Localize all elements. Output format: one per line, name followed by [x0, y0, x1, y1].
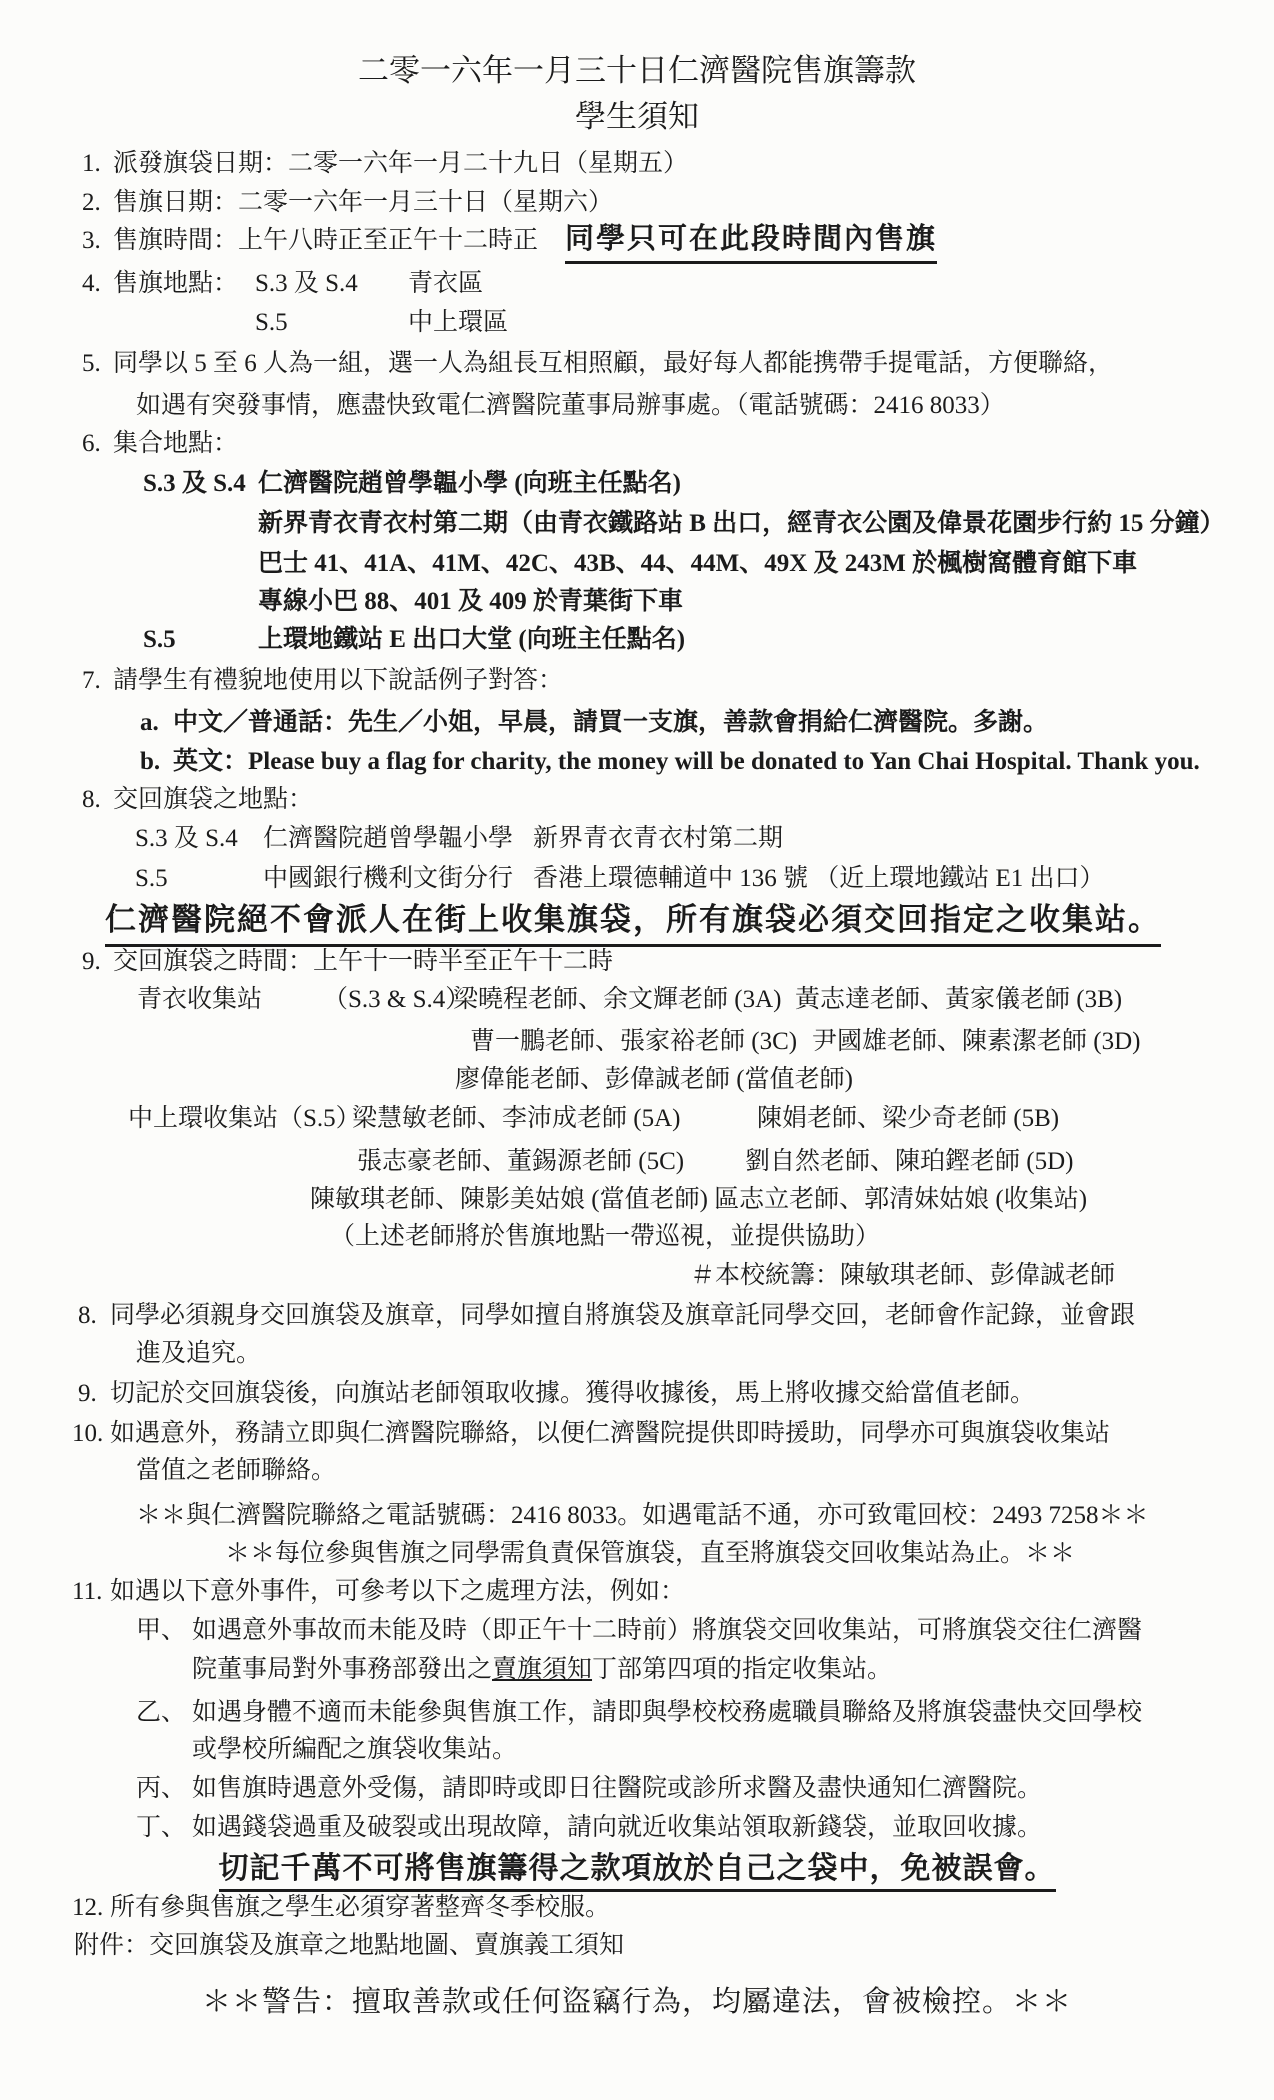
- item-10-line-1: 如遇意外，務請立即與仁濟醫院聯絡，以便仁濟醫院提供即時援助，同學亦可與旗袋收集站: [110, 1418, 1110, 1449]
- item-4-number: 4.: [82, 268, 101, 299]
- item-2-number: 2.: [82, 187, 101, 218]
- item-9b-number: 9.: [78, 1378, 97, 1409]
- item-11-b-line-1: 如遇身體不適而未能參與售旗工作，請即與學校校務處職員聯絡及將旗袋盡快交回學校: [192, 1697, 1142, 1728]
- item-11-a-label: 甲、: [136, 1615, 186, 1646]
- item-6-group-1-place: 仁濟醫院趙曾學韞小學 (向班主任點名): [258, 468, 681, 499]
- item-7-number: 7.: [82, 665, 101, 696]
- station-2-teachers-5d: 劉自然老師、陳珀鏗老師 (5D): [745, 1146, 1073, 1177]
- footer-warning-text: ＊＊警告：擅取善款或任何盜竊行為，均屬違法，會被檢控。＊＊: [202, 1986, 1072, 2018]
- station-2-teachers-5b: 陳娟老師、梁少奇老師 (5B): [757, 1103, 1059, 1134]
- item-1-number: 1.: [82, 148, 101, 179]
- item-6-group-2-place: 上環地鐵站 E 出口大堂 (向班主任點名): [258, 624, 685, 655]
- item-11-d-label: 丁、: [136, 1812, 186, 1843]
- item-4-area-2: 中上環區: [408, 307, 508, 338]
- scanned-document-page: 二零一六年一月三十日仁濟醫院售旗籌款 學生須知 1. 派發旗袋日期：二零一六年一…: [0, 0, 1274, 2100]
- station-1-teachers-3b: 黃志達老師、黃家儀老師 (3B): [795, 984, 1122, 1015]
- item-6-label: 集合地點：: [113, 428, 238, 459]
- station-1-group: （S.3 & S.4）: [323, 984, 470, 1015]
- item-8a-warning-text: 仁濟醫院絕不會派人在街上收集旗袋，所有旗袋必須交回指定之收集站。: [105, 901, 1161, 947]
- item-11-b-line-2: 或學校所編配之旗袋收集站。: [192, 1734, 517, 1765]
- station-2-label: 中上環收集站（S.5）: [128, 1103, 361, 1134]
- item-8a-label: 交回旗袋之地點：: [113, 784, 313, 815]
- station-1-label: 青衣收集站: [137, 984, 262, 1015]
- item-3-text: 售旗時間：上午八時正至正午十二時正: [113, 225, 538, 256]
- doc-title: 二零一六年一月三十日仁濟醫院售旗籌款: [0, 52, 1274, 91]
- item-6-number: 6.: [82, 428, 101, 459]
- item-4-group-1: S.3 及 S.4: [255, 268, 358, 299]
- item-11-number: 11.: [72, 1576, 102, 1607]
- item-11-c-text: 如售旗時遇意外受傷，請即時或即日往醫院或診所求醫及盡快通知仁濟醫院。: [192, 1773, 1042, 1804]
- item-10-number: 10.: [72, 1418, 103, 1449]
- item-6-group-1-label: S.3 及 S.4: [143, 468, 246, 499]
- item-8a-row-2-place: 中國銀行機利文街分行: [263, 863, 513, 894]
- item-8a-row-2-group: S.5: [135, 863, 168, 894]
- item-8a-row-1-group: S.3 及 S.4: [135, 823, 238, 854]
- station-1-teachers-3c: 曹一鵬老師、張家裕老師 (3C): [470, 1026, 797, 1057]
- item-2-text: 售旗日期：二零一六年一月三十日（星期六）: [113, 187, 613, 218]
- station-1-teachers-3a: 梁曉程老師、余文輝老師 (3A): [453, 984, 781, 1015]
- item-11-a-line-2-pre: 院董事局對外事務部發出之: [192, 1656, 492, 1683]
- attachment-text: 附件：交回旗袋及旗章之地點地圖、賣旗義工須知: [74, 1930, 624, 1961]
- item-8b-line-2: 進及追究。: [136, 1338, 261, 1369]
- item-11-label: 如遇以下意外事件，可參考以下之處理方法，例如：: [110, 1576, 685, 1607]
- item-11-a-line-2-underlined: 賣旗須知: [492, 1656, 592, 1683]
- item-10-line-2: 當值之老師聯絡。: [136, 1455, 336, 1486]
- item-4-area-1: 青衣區: [408, 268, 483, 299]
- item-5-line-2: 如遇有突發事情，應盡快致電仁濟醫院董事局辦事處。（電話號碼：2416 8033）: [136, 390, 1005, 421]
- item-11-a-line-2: 院董事局對外事務部發出之賣旗須知丁部第四項的指定收集站。: [192, 1654, 892, 1685]
- item-11-c-label: 丙、: [136, 1773, 186, 1804]
- item-1-text: 派發旗袋日期：二零一六年一月二十九日（星期五）: [113, 148, 688, 179]
- item-8a-row-1-place: 仁濟醫院趙曾學韞小學: [263, 823, 513, 854]
- item-7-label: 請學生有禮貌地使用以下說話例子對答：: [113, 665, 563, 696]
- station-2-teachers-5c: 張志豪老師、董錫源老師 (5C): [357, 1146, 684, 1177]
- footer-warning: ＊＊警告：擅取善款或任何盜竊行為，均屬違法，會被檢控。＊＊: [0, 1984, 1274, 2020]
- item-4-group-2: S.5: [255, 307, 288, 338]
- station-2-teachers-5a: 梁慧敏老師、李沛成老師 (5A): [352, 1103, 680, 1134]
- item-11-warning: 切記千萬不可將售旗籌得之款項放於自己之袋中，免被誤會。: [0, 1850, 1274, 1888]
- item-10-bag-note-text: ＊＊每位參與售旗之同學需負責保管旗袋，直至將旗袋交回收集站為止。＊＊: [225, 1538, 1075, 1569]
- item-8b-line-1: 同學必須親身交回旗袋及旗章，同學如擅自將旗袋及旗章託同學交回，老師會作記錄，並會…: [110, 1300, 1135, 1331]
- item-7-b-text: 英文：Please buy a flag for charity, the mo…: [173, 746, 1200, 777]
- item-12-text: 所有參與售旗之學生必須穿著整齊冬季校服。: [110, 1892, 610, 1923]
- item-8b-number: 8.: [78, 1300, 97, 1331]
- item-6-group-1-minibus-text: 專線小巴 88、401 及 409 於青葉街下車: [258, 586, 683, 617]
- item-9a-label: 交回旗袋之時間：上午十一時半至正午十二時: [113, 946, 613, 977]
- item-6-group-1-bus-text: 巴士 41、41A、41M、42C、43B、44、44M、49X 及 243M …: [258, 548, 1137, 579]
- doc-subtitle: 學生須知: [0, 98, 1274, 137]
- coordinator-text: ＃本校統籌：陳敏琪老師、彭偉誠老師: [690, 1260, 1115, 1291]
- station-2-duty-teachers: 陳敏琪老師、陳影美姑娘 (當值老師) 區志立老師、郭清妹姑娘 (收集站): [310, 1184, 1087, 1215]
- item-8a-row-1-address: 新界青衣青衣村第二期: [533, 823, 783, 854]
- item-6-group-2-label: S.5: [143, 624, 176, 655]
- item-7-a-label: a.: [140, 707, 159, 738]
- item-8a-number: 8.: [82, 784, 101, 815]
- item-8a-row-2-address: 香港上環德輔道中 136 號 （近上環地鐵站 E1 出口）: [533, 863, 1105, 894]
- item-4-label: 售旗地點：: [113, 268, 238, 299]
- item-11-b-label: 乙、: [136, 1697, 186, 1728]
- item-3-highlight: 同學只可在此段時間內售旗: [565, 221, 937, 264]
- item-5-line-1: 同學以 5 至 6 人為一組，選一人為組長互相照顧，最好每人都能携帶手提電話，方…: [113, 348, 1113, 379]
- item-7-a-text: 中文／普通話：先生／小姐，早晨，請買一支旗，善款會捐給仁濟醫院。多謝。: [173, 707, 1048, 738]
- item-3-number: 3.: [82, 225, 101, 256]
- station-1-duty-teachers: 廖偉能老師、彭偉誠老師 (當值老師): [455, 1064, 853, 1095]
- station-1-teachers-3d: 尹國雄老師、陳素潔老師 (3D): [812, 1026, 1140, 1057]
- item-7-b-label: b.: [140, 746, 160, 777]
- item-9a-number: 9.: [82, 946, 101, 977]
- item-9b-text: 切記於交回旗袋後，向旗站老師領取收據。獲得收據後，馬上將收據交給當值老師。: [110, 1378, 1035, 1409]
- item-11-a-line-1: 如遇意外事故而未能及時（即正午十二時前）將旗袋交回收集站，可將旗袋交往仁濟醫: [192, 1615, 1142, 1646]
- item-5-number: 5.: [82, 348, 101, 379]
- item-11-warning-text: 切記千萬不可將售旗籌得之款項放於自己之袋中，免被誤會。: [219, 1852, 1056, 1892]
- item-10-phone-note-text: ＊＊與仁濟醫院聯絡之電話號碼：2416 8033。如遇電話不通，亦可致電回校：2…: [136, 1500, 1149, 1531]
- item-12-number: 12.: [72, 1892, 103, 1923]
- item-6-group-1-walk: 新界青衣青衣村第二期（由青衣鐵路站 B 出口，經青衣公園及偉景花園步行約 15 …: [258, 508, 1225, 539]
- item-11-d-text: 如遇錢袋過重及破裂或出現故障，請向就近收集站領取新錢袋，並取回收據。: [192, 1812, 1042, 1843]
- item-11-a-line-2-post: 丁部第四項的指定收集站。: [592, 1656, 892, 1683]
- patrol-note-text: （上述老師將於售旗地點一帶巡視，並提供協助）: [330, 1221, 880, 1252]
